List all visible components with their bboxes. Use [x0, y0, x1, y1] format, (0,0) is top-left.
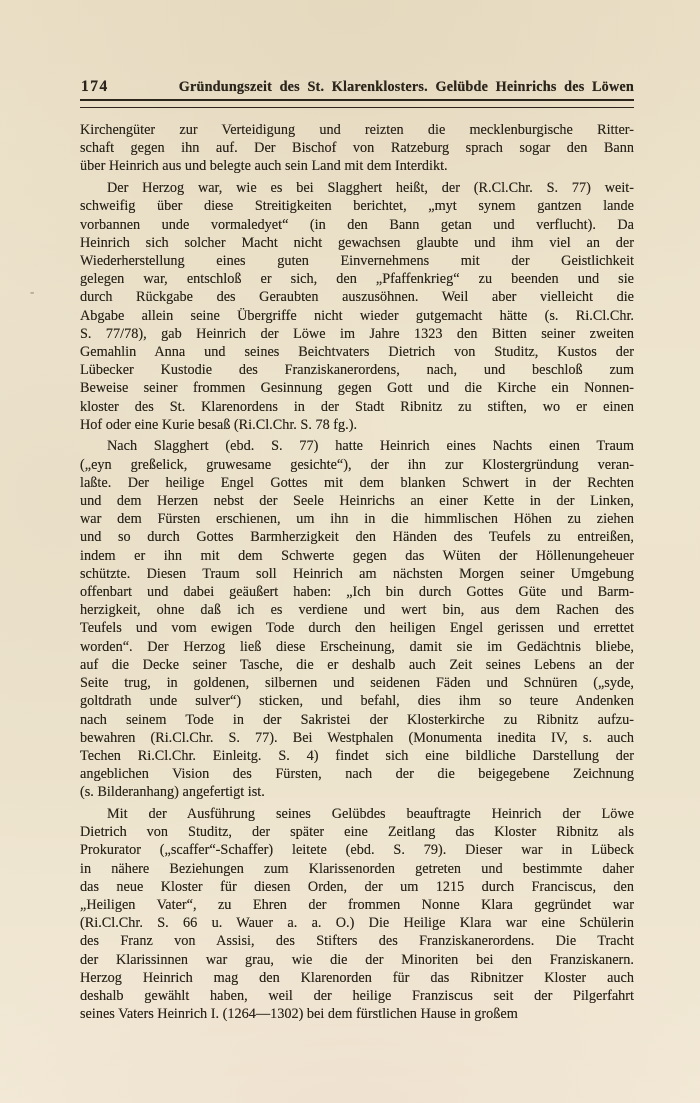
text-line: kloster des St. Klarenordens in der Stad…	[80, 398, 634, 416]
text-line: Der Herzog war, wie es bei Slagghert hei…	[80, 179, 634, 197]
text-line: und so durch Gottes Barmherzigkeit den H…	[80, 528, 634, 546]
text-line: Herzog Heinrich mag den Klarenorden für …	[80, 969, 634, 987]
text-line: schweifig über diese Streitigkeiten beri…	[80, 197, 634, 215]
text-line: Gemahlin Anna und seines Beichtvaters Di…	[80, 343, 634, 361]
running-header: 174 Gründungszeit des St. Klarenklosters…	[81, 78, 634, 96]
text-line: offenbart und dabei geäußert haben: „Ich…	[80, 583, 634, 601]
text-line: worden“. Der Herzog ließ diese Erscheinu…	[80, 638, 634, 656]
text-line: deshalb gewählt haben, weil der heilige …	[80, 987, 634, 1005]
text-line: gelegen war, entschloß er sich, den „Pfa…	[80, 270, 634, 288]
text-line: vorbannen unde vormaledyet“ (in den Bann…	[80, 216, 634, 234]
text-line: Heinrich sich solcher Macht nicht gewach…	[80, 234, 634, 252]
text-line: Techen Ri.Cl.Chr. Einleitg. S. 4) findet…	[80, 747, 634, 765]
text-line: „Heiligen Vater“, zu Ehren der frommen N…	[80, 896, 634, 914]
text-line: herzigkeit, ohne daß ich es verdiene und…	[80, 601, 634, 619]
text-line: angeblichen Vision des Fürsten, nach der…	[80, 765, 634, 783]
text-line: in nähere Beziehungen zum Klarissenorden…	[80, 860, 634, 878]
text-line: Abgabe allein seine Übergriffe nicht wie…	[80, 307, 634, 325]
margin-pencil-mark: -	[30, 284, 34, 300]
text-line: der Klarissinnen war grau, wie die der M…	[80, 951, 634, 969]
text-line: nach seinem Tode in der Sakristei der Kl…	[80, 711, 634, 729]
page-number: 174	[81, 78, 109, 96]
text-line: Nach Slagghert (ebd. S. 77) hatte Heinri…	[80, 437, 634, 455]
text-line: Prokurator („scaffer“-Schaffer) leitete …	[80, 841, 634, 859]
text-line: laßte. Der heilige Engel Gottes mit dem …	[80, 474, 634, 492]
text-line: war dem Fürsten erschienen, um ihn in di…	[80, 510, 634, 528]
text-line: auf die Decke seiner Tasche, die er desh…	[80, 656, 634, 674]
text-line: über Heinrich aus und belegte auch sein …	[80, 157, 634, 175]
paragraph: Mit der Ausführung seines Gelübdes beauf…	[80, 805, 634, 1023]
text-line: S. 77/78), gab Heinrich der Löwe im Jahr…	[80, 325, 634, 343]
text-line: Lübecker Kustodie des Franziskanerordens…	[80, 361, 634, 379]
text-line: durch Rückgabe des Geraubten auszusöhnen…	[80, 288, 634, 306]
text-line: schützte. Diesen Traum soll Heinrich am …	[80, 565, 634, 583]
text-line: („eyn greßelick, gruwesame gesichte“), d…	[80, 456, 634, 474]
text-line: goltdrath unde sulver“) sticken, und bef…	[80, 692, 634, 710]
text-line: Dietrich von Studitz, der später eine Ze…	[80, 823, 634, 841]
text-line: Seite trug, in goldenen, silbernen und s…	[80, 674, 634, 692]
text-line: das neue Kloster für diesen Orden, der u…	[80, 878, 634, 896]
text-line: (s. Bilderanhang) angefertigt ist.	[80, 783, 634, 801]
text-line: (Ri.Cl.Chr. S. 66 u. Wauer a. a. O.) Die…	[80, 914, 634, 932]
text-line: Beweise seiner frommen Gesinnung gegen G…	[80, 379, 634, 397]
running-header-title: Gründungszeit des St. Klarenklosters. Ge…	[179, 79, 634, 96]
text-line: schaft gegen ihn auf. Der Bischof von Ra…	[80, 139, 634, 157]
text-line: Teufels und vom ewigen Tode durch den he…	[80, 619, 634, 637]
text-line: seines Vaters Heinrich I. (1264—1302) be…	[80, 1005, 634, 1023]
text-line: Wiederherstellung eines guten Einvernehm…	[80, 252, 634, 270]
paragraph: Der Herzog war, wie es bei Slagghert hei…	[80, 179, 634, 434]
text-line: Kirchengüter zur Verteidigung und reizte…	[80, 121, 634, 139]
header-double-rule	[80, 99, 634, 108]
text-line: Mit der Ausführung seines Gelübdes beauf…	[80, 805, 634, 823]
text-line: und dem Herzen nebst der Seele Heinrichs…	[80, 492, 634, 510]
paragraph: Kirchengüter zur Verteidigung und reizte…	[80, 121, 634, 176]
text-line: Hof oder eine Kurie besaß (Ri.Cl.Chr. S.…	[80, 416, 634, 434]
page-text-block: Kirchengüter zur Verteidigung und reizte…	[80, 121, 634, 1027]
text-line: des Franz von Assisi, des Stifters des F…	[80, 932, 634, 950]
text-line: bewahren (Ri.Cl.Chr. S. 77). Bei Westpha…	[80, 729, 634, 747]
paragraph: Nach Slagghert (ebd. S. 77) hatte Heinri…	[80, 437, 634, 801]
text-line: indem er ihn mit dem Schwerte gegen das …	[80, 547, 634, 565]
